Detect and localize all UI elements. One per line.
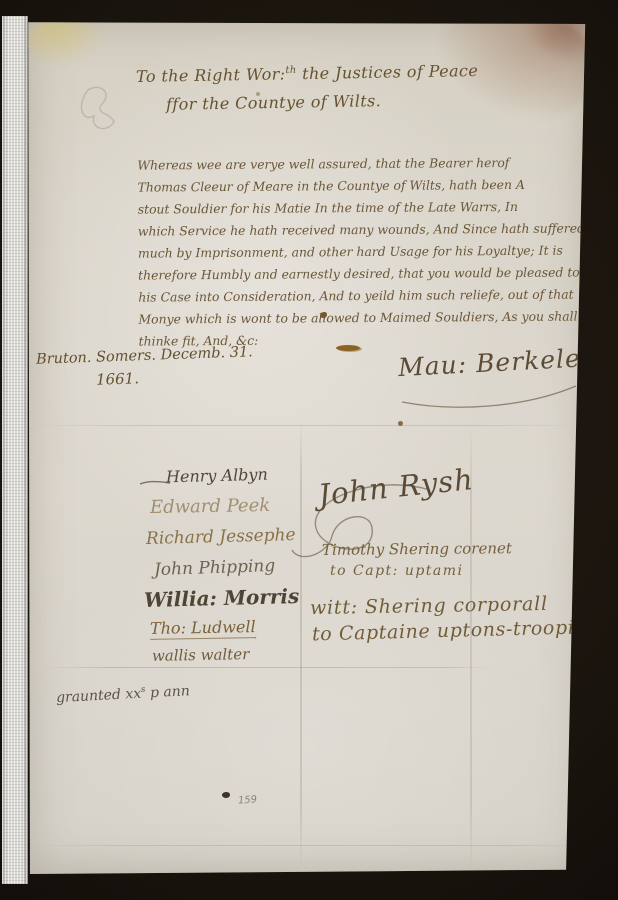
witness-signature-9-line-1: Timothy Shering corenet <box>322 539 512 559</box>
petition-body: Whereas wee are verye well assured, that… <box>137 151 590 352</box>
petition-line: his Case into Consideration, And to yeil… <box>138 283 590 308</box>
address-superscript: th <box>285 65 296 76</box>
petition-line: stout Souldier for his Matie In the time… <box>138 195 590 220</box>
show-through-smudge <box>68 78 138 148</box>
address-line-2: ffor the Countye of Wilts. <box>166 91 381 114</box>
crease-horizontal-upper <box>30 425 582 426</box>
manuscript-sheet: To the Right Wor:th the Justices of Peac… <box>26 18 588 874</box>
witness-signature-3: Richard Jessephe <box>146 525 296 549</box>
dateline-year: 1661. <box>96 369 140 388</box>
witness-signature-2: Edward Peek <box>150 495 271 518</box>
witness-signature-10-line-1: witt: Shering corporall <box>310 593 548 619</box>
witness-signature-1: Henry Albyn <box>166 465 268 487</box>
crease-horizontal-lower <box>42 667 490 668</box>
dateline-place: Bruton. Somers. Decemb. 31. <box>36 344 253 368</box>
signature-underline-flourish <box>394 380 584 414</box>
binding-cloth-strip <box>2 16 28 884</box>
petition-line: much by Imprisonment, and other hard Usa… <box>138 239 590 264</box>
witness-signature-6: Tho: Ludwell <box>150 617 256 640</box>
grant-annotation-text: graunted xx <box>56 686 142 706</box>
petition-line: which Service he hath received many woun… <box>138 217 590 242</box>
grant-annotation-rest: p ann <box>145 683 190 701</box>
witness-signature-7: wallis walter <box>152 645 250 665</box>
address-line-1: To the Right Wor:th the Justices of Peac… <box>136 61 478 86</box>
corner-stain-yellow <box>28 14 104 66</box>
address-line-1-text: To the Right Wor: <box>136 64 286 86</box>
witness-signature-4: John Phipping <box>154 556 276 580</box>
address-line-1-rest: the Justices of Peace <box>297 61 479 83</box>
ink-spot <box>398 421 403 426</box>
photo-stage: To the Right Wor:th the Justices of Peac… <box>0 0 618 900</box>
petition-line: Whereas wee are verye well assured, that… <box>137 151 589 176</box>
corner-stain-dark <box>524 0 604 64</box>
witness-signature-10-line-2: to Captaine uptons-troopi <box>312 617 575 646</box>
witness-signature-8: John Rysh <box>317 462 476 512</box>
petition-line: therefore Humbly and earnestly desired, … <box>138 261 590 286</box>
ink-spot <box>222 792 230 798</box>
crease-horizontal-bottom <box>26 845 586 846</box>
folio-number: 159 <box>238 794 258 806</box>
witness-signature-5: Willia: Morris <box>144 584 300 612</box>
witness-signature-9-line-2: to Capt: uptami <box>330 563 464 579</box>
petition-line: Thomas Cleeur of Meare in the Countye of… <box>137 173 589 198</box>
grant-annotation: graunted xxs p ann <box>56 683 191 707</box>
petition-line: Monye which is wont to be allowed to Mai… <box>138 305 590 330</box>
crease-vertical-left <box>300 418 302 870</box>
